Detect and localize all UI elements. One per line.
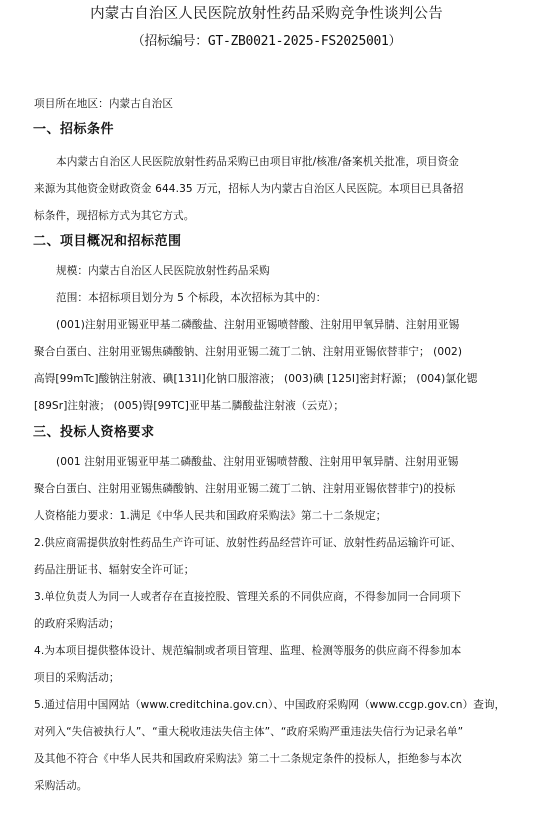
requirement-line: 聚合白蛋白、注射用亚锡焦磷酸钠、注射用亚锡二巯丁二钠、注射用亚锡依替菲宁)的投标 (34, 482, 455, 496)
lot-line: 高锝[99mTc]酸钠注射液、碘[131I]化钠口服溶液； (003)碘 [12… (34, 372, 477, 386)
paragraph-line: 标条件，现招标方式为其它方式。 (34, 209, 194, 223)
section-heading-2: 二、项目概况和招标范围 (33, 233, 182, 251)
section-heading-1: 一、招标条件 (33, 121, 114, 139)
requirement-line: 2.供应商需提供放射性药品生产许可证、放射性药品经营许可证、放射性药品运输许可证… (34, 536, 461, 550)
lot-line: [89Sr]注射液； (005)锝[99TC]亚甲基二膦酸盐注射液（云克）； (34, 399, 344, 413)
requirement-line: 5.通过信用中国网站（www.creditchina.gov.cn）、中国政府采… (34, 698, 505, 712)
requirement-line: 人资格能力要求：1.满足《中华人民共和国政府采购法》第二十二条规定； (34, 509, 387, 523)
requirement-line: 的政府采购活动； (34, 617, 120, 631)
requirement-line: 项目的采购活动； (34, 671, 120, 685)
lot-line: 聚合白蛋白、注射用亚锡焦磷酸钠、注射用亚锡二巯丁二钠、注射用亚锡依替菲宁； (0… (34, 345, 462, 359)
requirement-line: 采购活动。 (34, 779, 87, 793)
project-region: 项目所在地区：内蒙古自治区 (34, 97, 173, 111)
requirement-line: 3.单位负责人为同一人或者存在直接控股、管理关系的不同供应商，不得参加同一合同项… (34, 590, 461, 604)
lot-line: (001)注射用亚锡亚甲基二磷酸盐、注射用亚锡喷替酸、注射用甲氧异腈、注射用亚锡 (56, 318, 459, 332)
scope-line: 范围：本招标项目划分为 5 个标段，本次招标为其中的： (56, 291, 326, 305)
scale-line: 规模：内蒙古自治区人民医院放射性药品采购 (56, 264, 270, 278)
paragraph-line: 本内蒙古自治区人民医院放射性药品采购已由项目审批/核准/备案机关批准，项目资金 (56, 155, 459, 169)
paragraph-line: 来源为其他资金财政资金 644.35 万元，招标人为内蒙古自治区人民医院。本项目… (34, 182, 464, 196)
tender-number: （招标编号：GT-ZB0021-2025-FS2025001） (0, 33, 533, 51)
requirement-line: 药品注册证书、辐射安全许可证； (34, 563, 194, 577)
requirement-line: 对列入“失信被执行人”、“重大税收违法失信主体”、“政府采购严重违法失信行为记录… (34, 725, 463, 739)
section-heading-3: 三、投标人资格要求 (33, 424, 155, 442)
requirement-line: 及其他不符合《中华人民共和国政府采购法》第二十二条规定条件的投标人，拒绝参与本次 (34, 752, 462, 766)
requirement-line: (001 注射用亚锡亚甲基二磷酸盐、注射用亚锡喷替酸、注射用甲氧异腈、注射用亚锡 (56, 455, 459, 469)
requirement-line: 4.为本项目提供整体设计、规范编制或者项目管理、监理、检测等服务的供应商不得参加… (34, 644, 461, 658)
announcement-title: 内蒙古自治区人民医院放射性药品采购竞争性谈判公告 (0, 4, 533, 24)
